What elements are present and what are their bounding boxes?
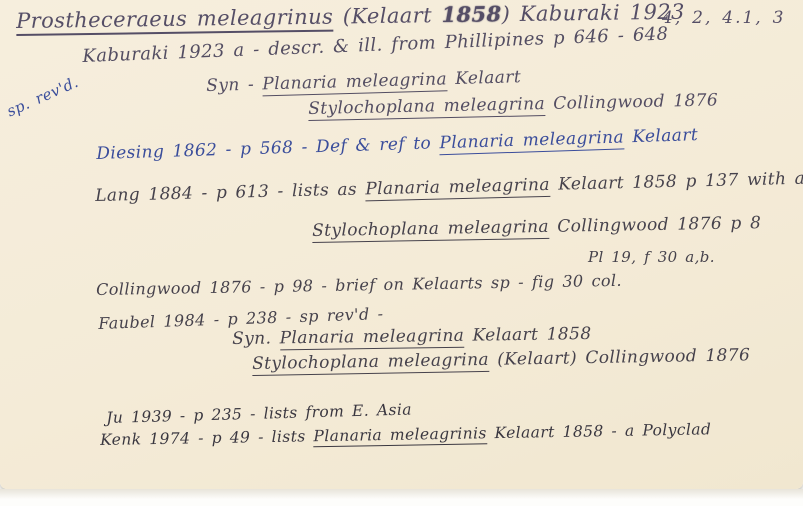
synonym-species-name: Stylochoplana meleagrina <box>308 94 545 121</box>
entry-text: Kenk 1974 - p 49 - lists <box>100 427 314 449</box>
title-year-overwritten: 1858 <box>441 1 501 27</box>
classification-code: 4, 2, 4.1, 3 <box>662 8 785 28</box>
syn-authority: (Kelaart) Collingwood 1876 <box>489 345 751 370</box>
species-name: Planaria meleagrina <box>365 175 550 202</box>
entry-authority: Kelaart 1858 - a Polyclad <box>487 420 712 442</box>
synonym-species-name: Planaria meleagrina <box>262 69 447 96</box>
entry-lang-stylochoplana: Stylochoplana meleagrina Collingwood 187… <box>312 213 761 241</box>
entry-kenk-1974: Kenk 1974 - p 49 - lists Planaria meleag… <box>100 420 711 449</box>
synonym-species-name: Stylochoplana meleagrina <box>252 350 489 376</box>
title-authority-pre: (Kelaart <box>333 3 442 29</box>
index-card: Prostheceraeus meleagrinus (Kelaart 1858… <box>0 0 803 489</box>
species-name: Planaria meleagrinis <box>313 424 487 447</box>
entry-synonym-planaria: Syn - Planaria meleagrina Kelaart <box>206 67 521 96</box>
syn-label: Syn - <box>206 74 263 96</box>
scan-background-edge <box>0 489 803 506</box>
accepted-species-name: Prostheceraeus meleagrinus <box>16 5 333 36</box>
margin-note: sp. rev'd. <box>4 73 81 121</box>
entry-collingwood-1876: Collingwood 1876 - p 98 - brief on Kelaa… <box>96 271 622 299</box>
entry-synonym-stylochoplana: Stylochoplana meleagrina Collingwood 187… <box>308 90 718 119</box>
entry-diesing-1862: Diesing 1862 - p 568 - Def & ref to Plan… <box>96 125 698 164</box>
synonym-species-name: Planaria meleagrina <box>280 326 465 351</box>
syn-label: Syn. <box>232 328 280 349</box>
entry-text: Diesing 1862 - p 568 - Def & ref to <box>96 133 440 164</box>
entry-plate-figure-ref: Pl 19, f 30 a,b. <box>588 248 715 266</box>
entry-ju-1939: Ju 1939 - p 235 - lists from E. Asia <box>106 400 412 427</box>
species-name: Stylochoplana meleagrina <box>312 217 549 243</box>
entry-authority: Collingwood 1876 p 8 <box>549 213 762 237</box>
entry-authority: Kelaart <box>624 125 699 147</box>
entry-text: Lang 1884 - p 613 - lists as <box>95 179 366 206</box>
entry-lang-1884: Lang 1884 - p 613 - lists as Planaria me… <box>95 168 803 206</box>
syn-authority: Kelaart <box>447 67 522 89</box>
species-name: Planaria meleagrina <box>439 127 624 155</box>
syn-authority: Collingwood 1876 <box>545 90 719 114</box>
entry-faubel-synonym-planaria: Syn. Planaria meleagrina Kelaart 1858 <box>232 324 592 349</box>
title-authority-post: ) Kaburaki 1923 <box>501 0 684 26</box>
entry-authority: Kelaart 1858 p 137 with a sp. <box>550 168 803 195</box>
syn-authority: Kelaart 1858 <box>464 324 592 346</box>
